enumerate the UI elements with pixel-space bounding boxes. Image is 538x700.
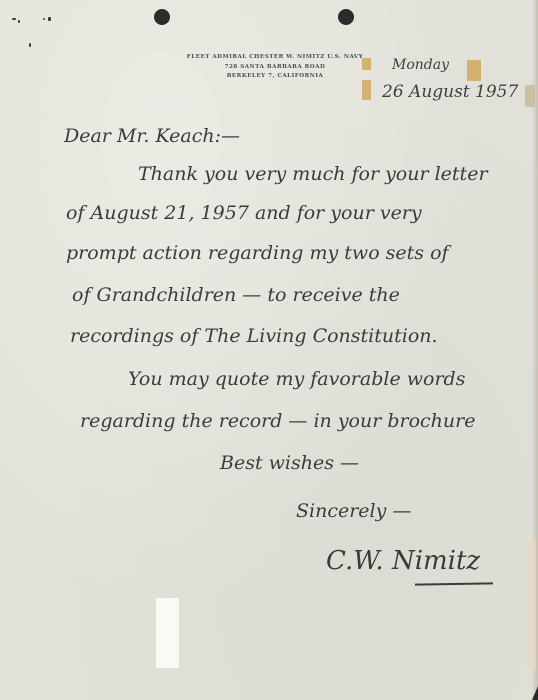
salutation: Dear Mr. Keach:—	[64, 125, 240, 147]
letterhead-city: BERKELEY 7, CALIFORNIA	[160, 72, 390, 82]
closing-sincerely: Sincerely —	[296, 500, 411, 522]
tape-stain	[467, 60, 481, 81]
signature-underline	[415, 582, 493, 585]
body-line: recordings of The Living Constitution.	[70, 325, 438, 347]
signature: C.W. Nimitz	[326, 546, 480, 576]
tape-stain	[362, 58, 371, 70]
closing-best-wishes: Best wishes —	[220, 452, 359, 474]
ink-speck	[48, 17, 51, 21]
date-weekday: Monday	[392, 57, 449, 73]
tape-stain	[525, 85, 535, 107]
punch-hole-right	[338, 9, 354, 25]
punch-hole-left	[154, 9, 170, 25]
date-full: 26 August 1957	[382, 82, 518, 102]
ink-speck	[43, 18, 45, 20]
tape-strip	[156, 598, 179, 668]
ink-speck	[18, 20, 20, 23]
body-line: prompt action regarding my two sets of	[66, 242, 449, 264]
letterhead-street: 728 SANTA BARBARA ROAD	[160, 63, 390, 73]
body-line: of Grandchildren — to receive the	[72, 284, 400, 306]
body-line: regarding the record — in your brochure	[80, 410, 475, 432]
body-line: of August 21, 1957 and for your very	[66, 202, 422, 224]
tape-stain	[362, 80, 371, 100]
tape-strip	[528, 540, 536, 670]
body-line: Thank you very much for your letter	[138, 163, 488, 185]
page-corner	[532, 686, 538, 700]
letter-page: FLEET ADMIRAL CHESTER W. NIMITZ U.S. NAV…	[0, 0, 538, 700]
letterhead-name: FLEET ADMIRAL CHESTER W. NIMITZ U.S. NAV…	[160, 53, 390, 63]
ink-speck	[29, 43, 31, 47]
letterhead: FLEET ADMIRAL CHESTER W. NIMITZ U.S. NAV…	[160, 53, 390, 82]
ink-speck	[12, 18, 16, 20]
body-line: You may quote my favorable words	[128, 368, 465, 390]
